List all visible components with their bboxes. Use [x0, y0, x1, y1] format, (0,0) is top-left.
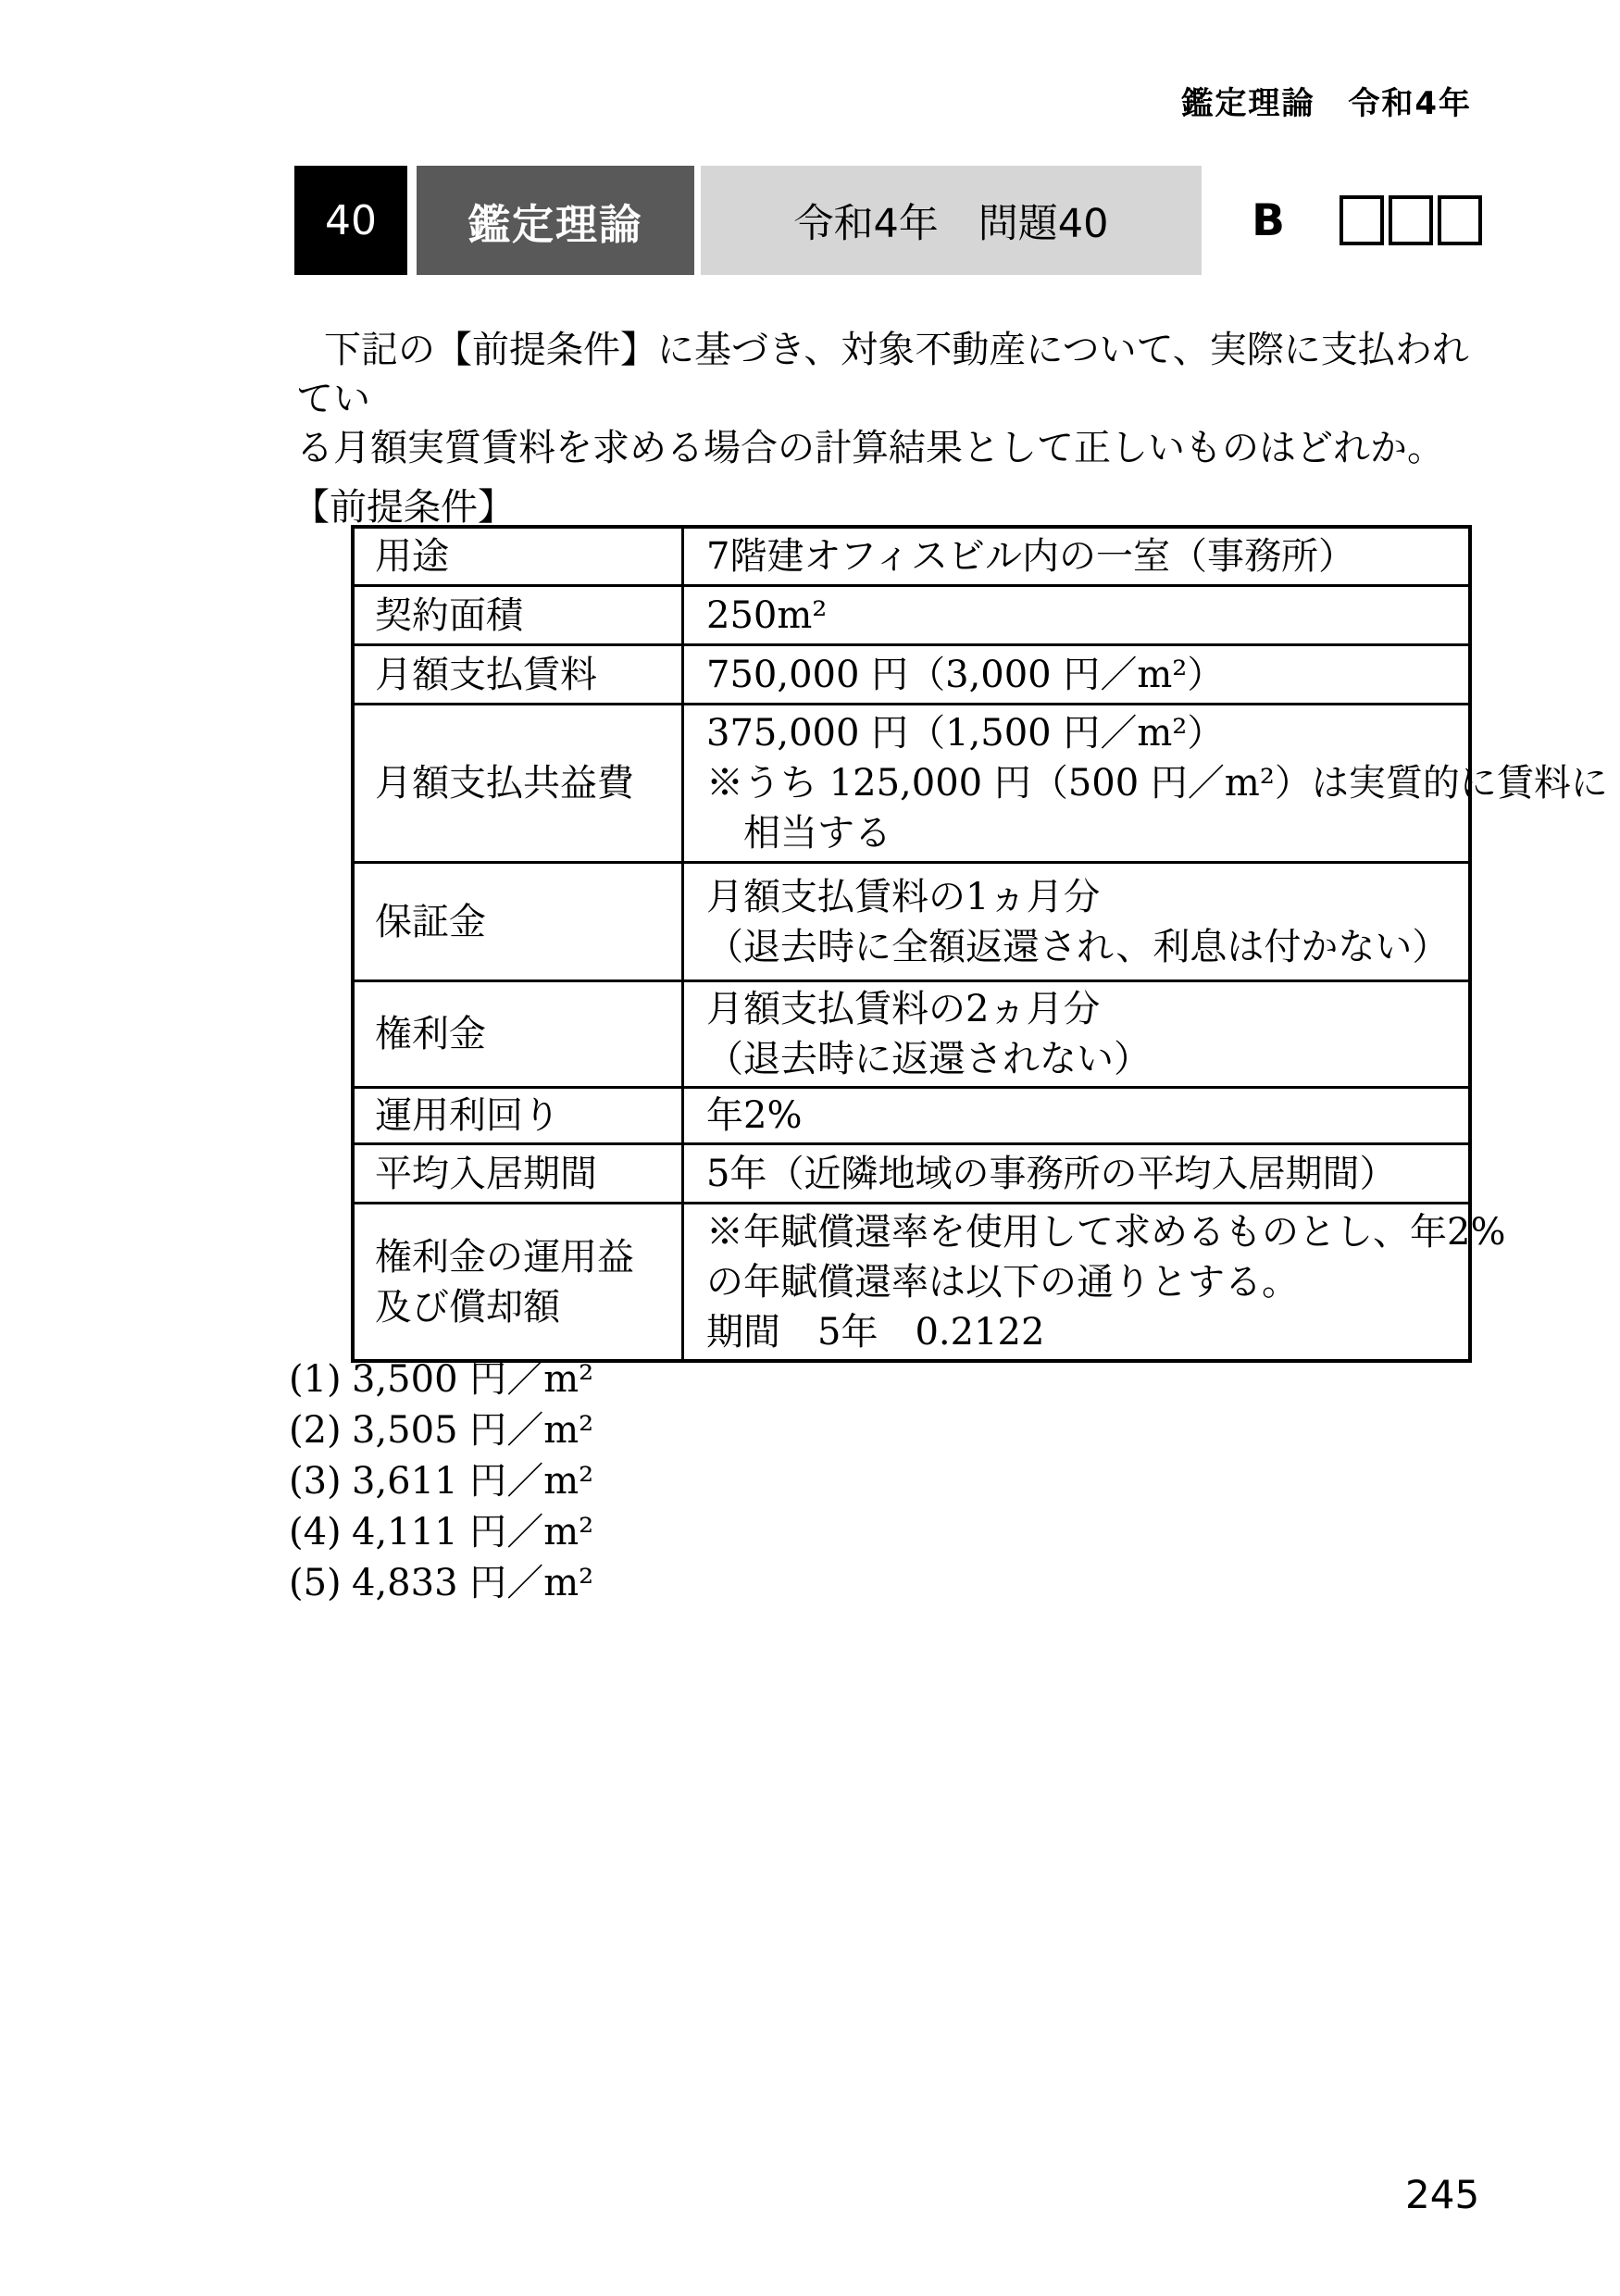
- condition-value: 5年（近隣地域の事務所の平均入居期間）: [683, 1144, 1471, 1204]
- table-row: 月額支払賃料 750,000 円（3,000 円／m²）: [353, 645, 1470, 705]
- option-value: 3,611 円／m²: [352, 1452, 593, 1504]
- list-item: (2) 3,505 円／m²: [289, 1401, 593, 1452]
- difficulty-grade-label: B: [1240, 166, 1296, 275]
- condition-value: 250m²: [683, 586, 1471, 645]
- table-row: 保証金 月額支払賃料の1ヵ月分 （退去時に全額返還され、利息は付かない）: [353, 863, 1470, 981]
- condition-value: 750,000 円（3,000 円／m²）: [683, 645, 1471, 705]
- list-item: (4) 4,111 円／m²: [289, 1503, 593, 1554]
- table-row: 月額支払共益費 375,000 円（1,500 円／m²） ※うち 125,00…: [353, 705, 1470, 863]
- question-number-badge: 40: [294, 166, 407, 275]
- condition-name: 権利金の運用益 及び償却額: [353, 1204, 683, 1362]
- question-statement-line-2: る月額実質賃料を求める場合の計算結果として正しいものはどれか。: [296, 424, 1481, 473]
- table-row: 運用利回り 年2%: [353, 1088, 1470, 1144]
- attempt-checkboxes: [1340, 195, 1482, 245]
- page-number: 245: [1405, 2172, 1479, 2217]
- condition-name: 月額支払共益費: [353, 705, 683, 863]
- condition-name: 運用利回り: [353, 1088, 683, 1144]
- question-statement-line-1: 下記の【前提条件】に基づき、対象不動産について、実際に支払われてい: [296, 326, 1481, 424]
- option-value: 4,833 円／m²: [352, 1554, 593, 1606]
- condition-name: 用途: [353, 527, 683, 586]
- option-value: 3,500 円／m²: [352, 1350, 593, 1403]
- list-item: (5) 4,833 円／m²: [289, 1554, 593, 1604]
- question-header-band: 40 鑑定理論 令和4年 問題40 B: [0, 166, 1620, 275]
- table-row: 契約面積 250m²: [353, 586, 1470, 645]
- condition-value: 月額支払賃料の2ヵ月分 （退去時に返還されない）: [683, 981, 1471, 1088]
- table-row: 用途 7階建オフィスビル内の一室（事務所）: [353, 527, 1470, 586]
- conditions-table: 用途 7階建オフィスビル内の一室（事務所） 契約面積 250m² 月額支払賃料 …: [351, 525, 1472, 1363]
- condition-name: 契約面積: [353, 586, 683, 645]
- table-row: 権利金 月額支払賃料の2ヵ月分 （退去時に返還されない）: [353, 981, 1470, 1088]
- answer-options: (1) 3,500 円／m² (2) 3,505 円／m² (3) 3,611 …: [289, 1350, 593, 1604]
- attempt-checkbox-1[interactable]: [1340, 195, 1384, 245]
- condition-name: 権利金: [353, 981, 683, 1088]
- list-item: (1) 3,500 円／m²: [289, 1350, 593, 1401]
- condition-name: 保証金: [353, 863, 683, 981]
- option-value: 3,505 円／m²: [352, 1401, 593, 1454]
- option-value: 4,111 円／m²: [352, 1503, 593, 1555]
- option-number: (2): [289, 1409, 352, 1452]
- condition-name: 平均入居期間: [353, 1144, 683, 1204]
- table-row: 権利金の運用益 及び償却額 ※年賦償還率を使用して求めるものとし、年2% の年賦…: [353, 1204, 1470, 1362]
- condition-value: ※年賦償還率を使用して求めるものとし、年2% の年賦償還率は以下の通りとする。 …: [683, 1204, 1471, 1362]
- option-number: (4): [289, 1511, 352, 1554]
- attempt-checkbox-3[interactable]: [1438, 195, 1482, 245]
- condition-value: 月額支払賃料の1ヵ月分 （退去時に全額返還され、利息は付かない）: [683, 863, 1471, 981]
- exam-title-badge: 令和4年 問題40: [701, 166, 1202, 275]
- subject-badge: 鑑定理論: [417, 166, 694, 275]
- option-number: (3): [289, 1460, 352, 1503]
- condition-value: 7階建オフィスビル内の一室（事務所）: [683, 527, 1471, 586]
- list-item: (3) 3,611 円／m²: [289, 1452, 593, 1503]
- question-statement: 下記の【前提条件】に基づき、対象不動産について、実際に支払われてい る月額実質賃…: [296, 326, 1481, 473]
- attempt-checkbox-2[interactable]: [1389, 195, 1433, 245]
- condition-value: 375,000 円（1,500 円／m²） ※うち 125,000 円（500 …: [683, 705, 1471, 863]
- table-row: 平均入居期間 5年（近隣地域の事務所の平均入居期間）: [353, 1144, 1470, 1204]
- conditions-label: 【前提条件】: [293, 478, 515, 530]
- option-number: (5): [289, 1562, 352, 1604]
- condition-name: 月額支払賃料: [353, 645, 683, 705]
- exam-page: 鑑定理論 令和4年 40 鑑定理論 令和4年 問題40 B 下記の【前提条件】に…: [0, 0, 1620, 2296]
- condition-value: 年2%: [683, 1088, 1471, 1144]
- running-header: 鑑定理論 令和4年: [0, 78, 1472, 123]
- option-number: (1): [289, 1358, 352, 1401]
